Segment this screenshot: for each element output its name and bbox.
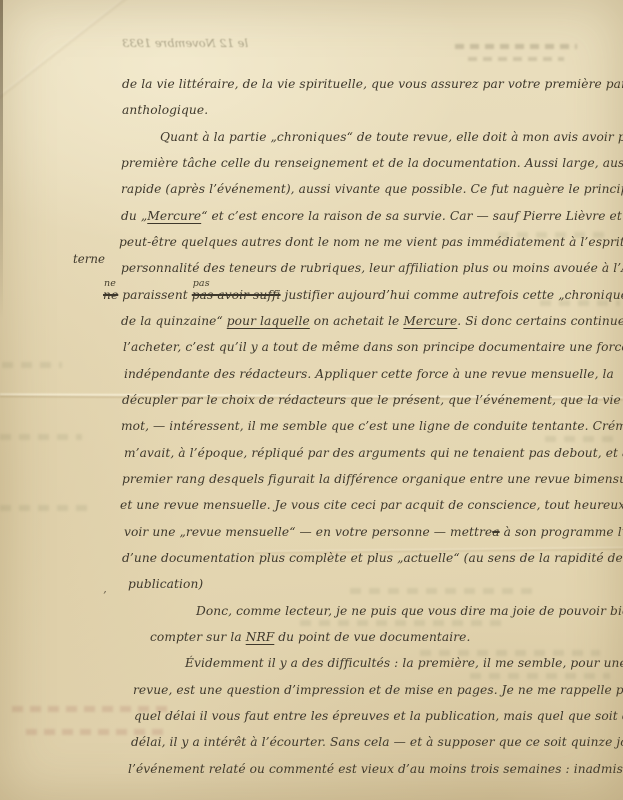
bleedthrough-date: le 12 Novembre 1933 (100, 36, 270, 50)
underlined-word: Mercure (403, 314, 457, 328)
handwritten-line: de la quinzaine“ pour laquelle on acheta… (121, 314, 623, 328)
bleedthrough-mark (0, 505, 95, 511)
handwritten-line: personnalité des teneurs de rubriques, l… (121, 261, 623, 275)
correction: nene (103, 288, 118, 302)
handwritten-line-with-corrections: nene paraissent paspas avoir suffi justi… (103, 288, 623, 302)
text-segment: du „ (121, 209, 147, 223)
handwritten-line: m’avait, à l’époque, répliqué par des ar… (124, 446, 623, 460)
handwritten-line: compter sur la NRF du point de vue docum… (150, 630, 470, 644)
text-segment: . Si donc certains continuent à (457, 314, 623, 328)
bleedthrough-letterhead (455, 44, 577, 49)
bleedthrough-letterhead (468, 57, 564, 61)
handwritten-line: quel délai il vous faut entre les épreuv… (134, 709, 623, 723)
struck-text: ne (103, 288, 118, 302)
text-segment: “ et c’est encore la raison de sa survie… (201, 209, 622, 223)
underlined-words: pour laquelle (227, 314, 310, 328)
handwritten-line: peut-être quelques autres dont le nom ne… (119, 235, 623, 249)
underlined-title: NRF (246, 630, 275, 644)
handwritten-line: première tâche celle du renseignement et… (121, 156, 623, 170)
text-segment: à son programme l’étude (500, 525, 623, 539)
text-segment: voir une „revue mensuelle“ — en votre pe… (124, 525, 492, 539)
struck-text: pas avoir suffi (192, 288, 281, 302)
margin-annotation: terne (73, 252, 105, 266)
inserted-word: ne (104, 278, 116, 289)
text-segment: justifier aujourd’hui comme autrefois ce… (281, 288, 623, 302)
bleedthrough-mark (350, 588, 535, 594)
handwritten-line: Quant à la partie „chroniques“ de toute … (160, 130, 623, 144)
text-segment: de la quinzaine“ (121, 314, 227, 328)
bleedthrough-mark (0, 434, 82, 440)
text-segment: du point de vue documentaire. (274, 630, 470, 644)
handwritten-line: et une revue mensuelle. Je vous cite cec… (120, 498, 623, 512)
handwritten-line: l’événement relaté ou commenté est vieux… (128, 762, 623, 776)
text-segment: compter sur la (150, 630, 246, 644)
handwritten-line: de la vie littéraire, de la vie spiritue… (122, 77, 623, 91)
handwritten-line-with-corrections: voir une „revue mensuelle“ — en votre pe… (124, 525, 623, 539)
handwritten-line: d’une documentation plus complète et plu… (122, 551, 623, 565)
bleedthrough-mark (2, 362, 62, 368)
handwritten-line: décupler par le choix de rédacteurs que … (122, 393, 623, 407)
handwritten-line: Évidemment il y a des difficultés : la p… (185, 656, 623, 670)
inserted-word: pas (193, 278, 210, 289)
correction: paspas avoir suffi (192, 288, 281, 302)
handwritten-line: délai, il y a intérêt à l’écourter. Sans… (131, 735, 623, 749)
ink-mark: ’ (103, 589, 107, 602)
handwritten-line: du „Mercure“ et c’est encore la raison d… (121, 209, 622, 223)
text-segment: paraissent (118, 288, 191, 302)
bleedthrough-mark (545, 436, 620, 442)
handwritten-line: mot, — intéressent, il me semble que c’e… (121, 419, 623, 433)
handwritten-line: indépendante des rédacteurs. Appliquer c… (124, 367, 614, 381)
underlined-word: Mercure (147, 209, 201, 223)
handwritten-line: l’acheter, c’est qu’il y a tout de même … (123, 340, 623, 354)
bleedthrough-mark (470, 673, 610, 679)
handwritten-line: publication) (128, 577, 203, 591)
scan-edge-shadow (0, 0, 3, 320)
scanned-letter-page: le 12 Novembre 1933 terne ’ de la vie li… (0, 0, 623, 800)
handwritten-line: anthologique. (122, 103, 208, 117)
handwritten-line: revue, est une question d’impression et … (133, 683, 623, 697)
text-segment: on achetait le (310, 314, 404, 328)
handwritten-line: premier rang desquels figurait la différ… (122, 472, 623, 486)
struck-text: a (492, 525, 499, 539)
bleedthrough-mark (300, 620, 505, 626)
handwritten-line: rapide (après l’événement), aussi vivant… (121, 182, 623, 196)
handwritten-line: Donc, comme lecteur, je ne puis que vous… (196, 604, 623, 618)
